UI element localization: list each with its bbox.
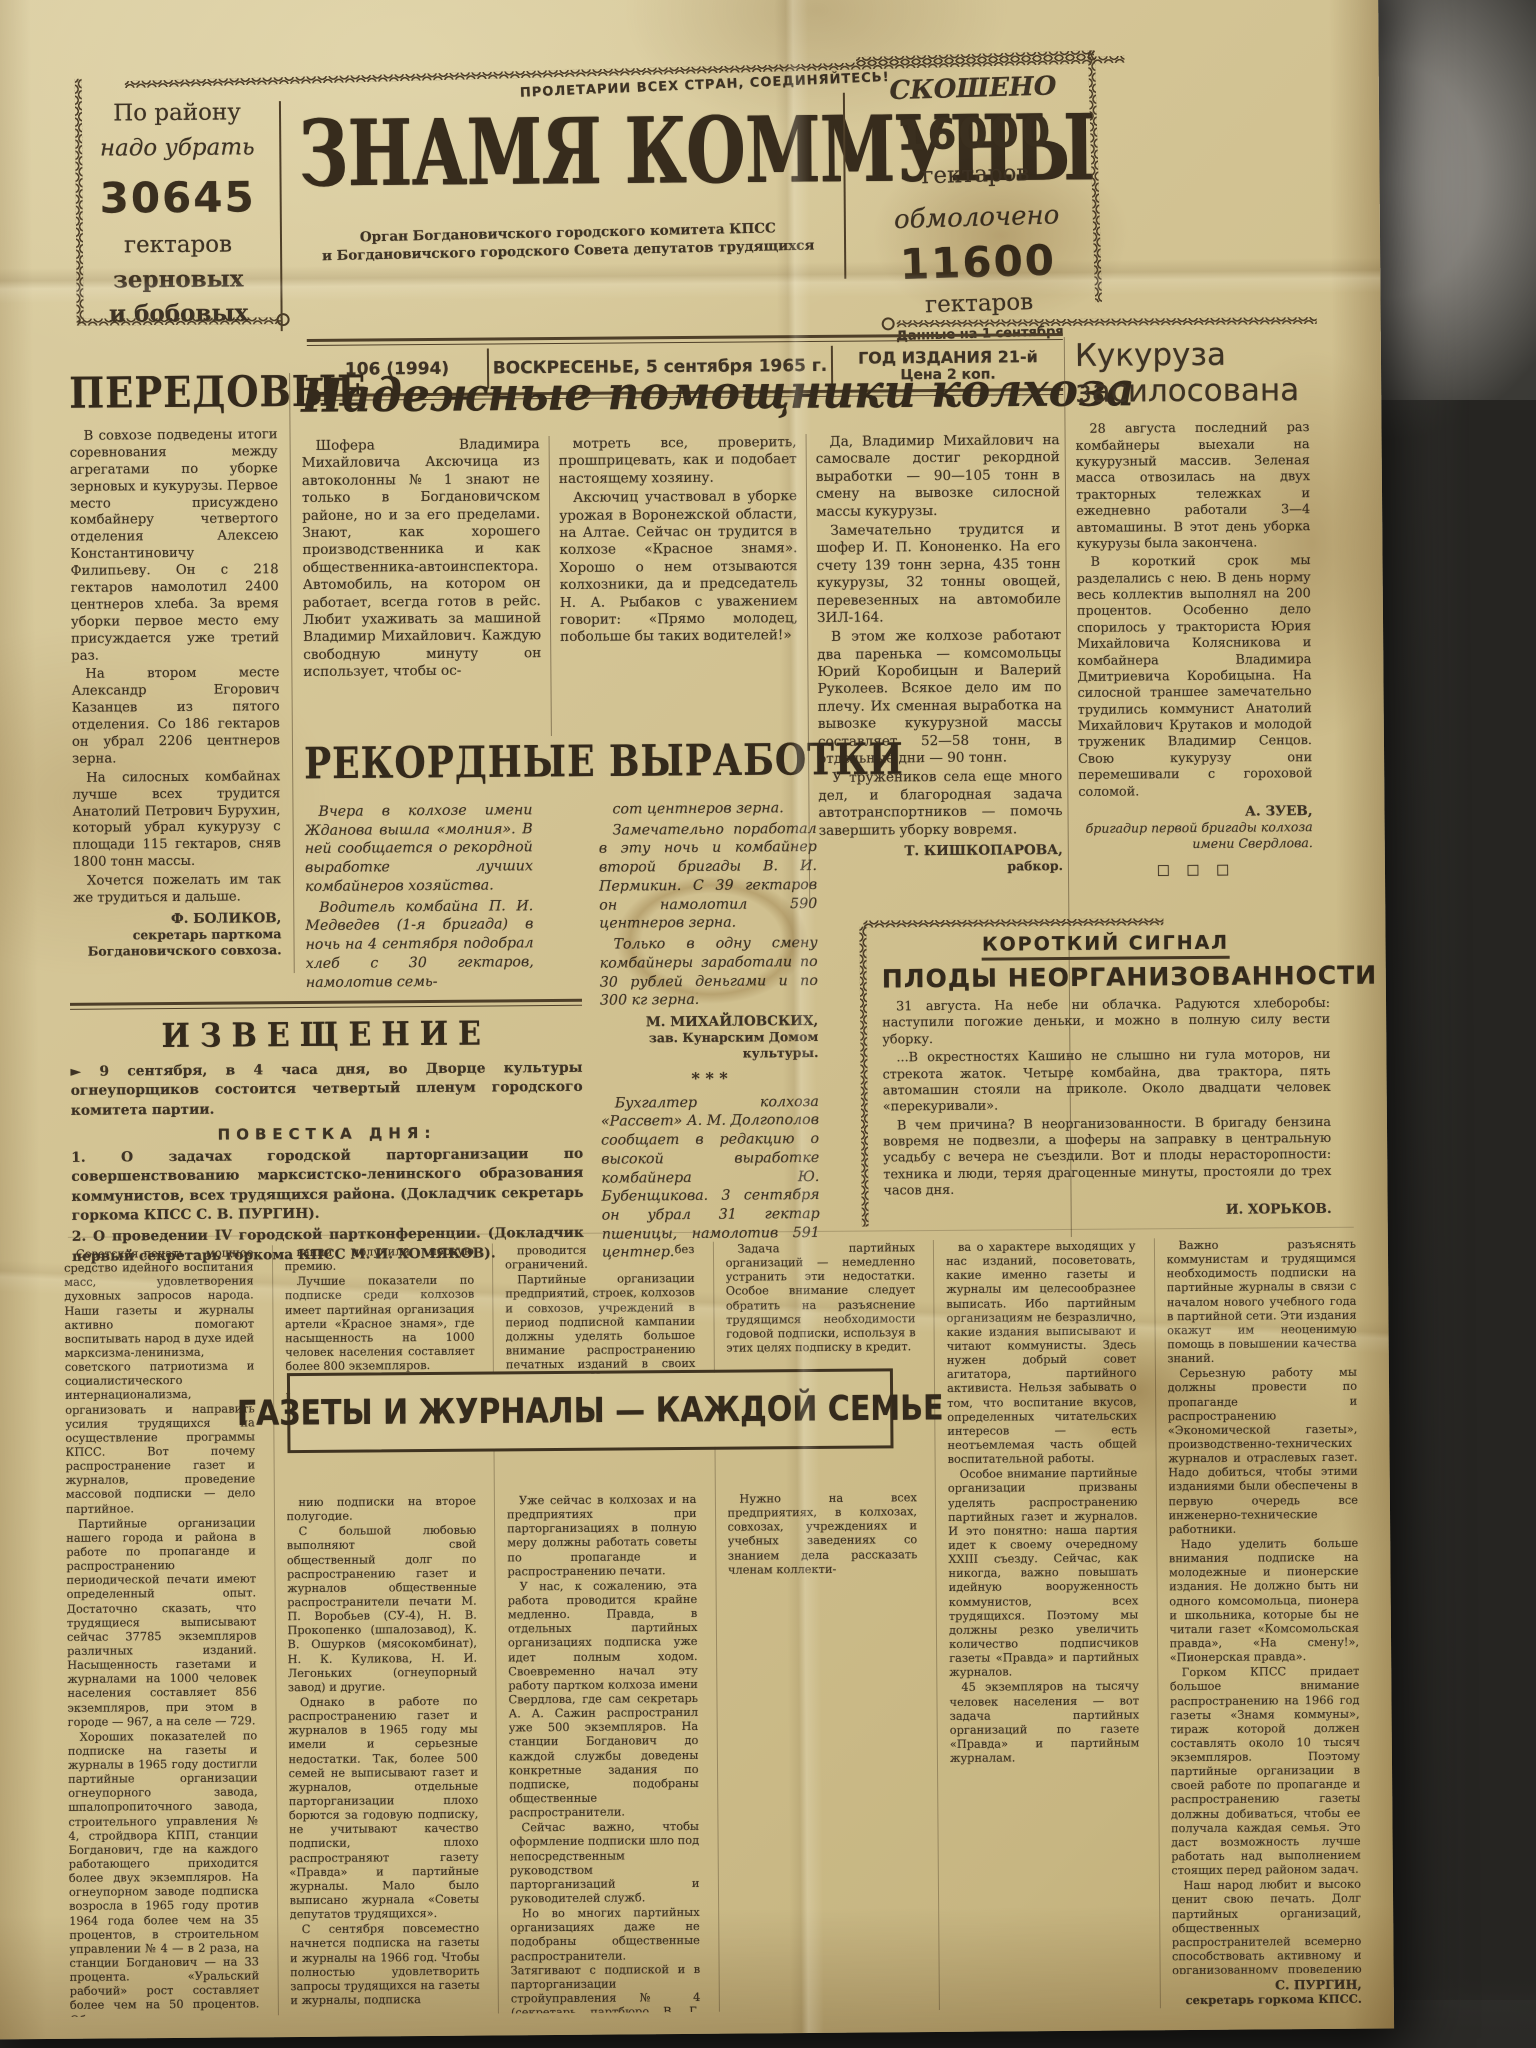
left-box-line2: надо убрать (85, 130, 269, 166)
kukuruza-title-line1: Кукуруза (1075, 337, 1309, 374)
izveshchenie-title: ИЗВЕЩЕНИЕ (70, 1014, 582, 1057)
pomoshchniki-col3: Да, Владимир Михайлович на самосвале дос… (816, 432, 1064, 904)
editorial-banner: ГАЗЕТЫ И ЖУРНАЛЫ — КАЖДОЙ СЕМЬЕ (237, 1388, 944, 1434)
paragraph: У нас, к сожалению, эта работа проводитс… (508, 1578, 699, 1820)
editorial-col6: Важно разъяснять коммунистам и трудящимс… (1153, 1237, 1362, 2009)
paragraph: мотреть все, проверить, прошприцевать, к… (559, 434, 797, 488)
editorial-signature-role: секретарь горкома КПСС. (1172, 1992, 1362, 2008)
left-box-line4: зерновых (86, 262, 270, 298)
editorial-banner-box: ГАЗЕТЫ И ЖУРНАЛЫ — КАЖДОЙ СЕМЬЕ (287, 1368, 894, 1453)
paragraph: сот центнеров зерна. (598, 799, 816, 819)
paragraph: ...В окрестностях Кашино не слышно ни гу… (882, 1047, 1331, 1116)
paragraph: Нужно на всех предприятиях, в колхозах, … (727, 1490, 917, 1576)
paragraph: Лучшие показатели по подписке среди колх… (285, 1273, 475, 1373)
paragraph: Да, Владимир Михайлович на самосвале дос… (816, 432, 1061, 521)
editorial-signature: С. ПУРГИН, (1172, 1976, 1362, 1993)
article-kukuruza: Кукуруза засилосована 28 августа последн… (1075, 337, 1313, 879)
pomoshchniki-signature-role: рабкор. (819, 858, 1063, 876)
paragraph: Советская печать — мощное средство идейн… (64, 1245, 256, 1515)
wavy-rule-dot (882, 317, 895, 330)
article-peredovye: ПЕРЕДОВЫЕ В совхозе подведены итоги соре… (69, 369, 282, 960)
wavy-border-top (856, 50, 1094, 64)
paragraph: 31 августа. На небе ни облачка. Радуются… (882, 996, 1330, 1049)
paragraph: Хочется пожелать им так же трудиться и д… (73, 872, 281, 907)
newspaper-page: ПРОЛЕТАРИИ ВСЕХ СТРАН, СОЕДИНЯЙТЕСЬ! По … (0, 0, 1394, 2039)
wavy-border-top (863, 918, 1163, 927)
editorial-col3: проводится без ограничений. Партийные ор… (492, 1242, 701, 2014)
rekordnye-signature: М. МИХАЙЛОВСКИХ, (600, 1013, 818, 1031)
paragraph: ва о характере выходящих у нас изданий, … (946, 1238, 1137, 1466)
paragraph: Особое внимание партийные организации пр… (948, 1466, 1139, 1680)
pomoshchniki-signature: Т. КИШКОПАРОВА, (819, 842, 1063, 860)
paragraph: Хороших показателей по подписке на газет… (68, 1728, 260, 2017)
peredovye-title: ПЕРЕДОВЫЕ (69, 366, 277, 418)
editorial-col5: ва о характере выходящих у нас изданий, … (933, 1238, 1142, 2010)
paragraph: 28 августа последний раз комбайнеры выех… (1075, 420, 1310, 553)
right-stats-box: СКОШЕНО 16000 гектаров обмолочено 11600 … (856, 50, 1101, 309)
article-korotkiy-signal: КОРОТКИЙ СИГНАЛ ПЛОДЫ НЕОРГАНИЗОВАННОСТИ… (859, 917, 1331, 1220)
left-stats-box: По району надо убрать 30645 гектаров зер… (75, 77, 277, 323)
rekordnye-title: РЕКОРДНЫЕ ВЫРАБОТКИ (304, 735, 816, 789)
article-izveshchenie: ИЗВЕЩЕНИЕ ► 9 сентября, в 4 часа дня, во… (70, 999, 584, 1267)
paragraph: нию подписки на второе полугодие. (286, 1494, 476, 1524)
paragraph: Водитель комбайна П. И. Медведев (1-я бр… (305, 897, 534, 992)
wavy-border-left (859, 927, 868, 1227)
left-box-number: 30645 (85, 172, 269, 222)
izveshchenie-intro: ► 9 сентября, в 4 часа дня, во Дворце ку… (70, 1059, 582, 1121)
right-box-value2: 11600 (867, 234, 1088, 289)
paragraph: Вчера в колхозе имени Жданова вышла «мол… (304, 801, 533, 896)
pomoshchniki-col1: Шофера Владимира Михайловича Аксючица из… (302, 436, 542, 740)
pomoshchniki-col2: мотреть все, проверить, прошприцевать, к… (559, 434, 799, 738)
izveshchenie-rule (70, 999, 582, 1010)
left-box-line1: По району (85, 95, 269, 131)
paragraph: На втором месте Александр Егорович Казан… (71, 666, 280, 769)
newspaper-title: ЗНАМЯ КОММУНЫ (298, 97, 836, 208)
paragraph: С сентября повсеместно начнется подписка… (290, 1921, 480, 2007)
rekordnye-signature-role: зав. Кунарским Домом культуры. (600, 1029, 818, 1063)
editorial-col2: вании получили первую премию. Лучшие пок… (271, 1244, 480, 2016)
paragraph: Важно разъяснять коммунистам и трудящимс… (1166, 1237, 1356, 1366)
paragraph: С большой любовью выполняют свой обществ… (287, 1523, 478, 1694)
paragraph: Партийные организации нашего города и ра… (66, 1515, 257, 1729)
paragraph: Наш народ любит и высоко ценит свою печа… (1171, 1877, 1361, 1974)
peredovye-signature-role: секретарь парткома Богдановичского совхо… (73, 926, 281, 960)
paragraph: Сейчас важно, чтобы оформление подписки … (509, 1819, 699, 1905)
kukuruza-signature: А. ЗУЕВ, (1078, 803, 1312, 821)
paragraph: Однако в работе по распространению газет… (288, 1694, 479, 1922)
rekordnye-col1: Вчера в колхозе имени Жданова вышла «мол… (304, 801, 534, 1015)
masthead-title-block: ЗНАМЯ КОММУНЫ Орган Богдановичского горо… (293, 97, 842, 263)
paragraph: проводится без ограничений. (505, 1242, 695, 1272)
paragraph: Горком КПСС придает большое внимание рас… (1170, 1664, 1361, 1878)
paragraph: Аксючиц участвовал в уборке урожая в Вор… (559, 488, 798, 646)
wavy-border-left (75, 79, 84, 323)
editorial-col4: Задача партийных организаций — немедленн… (712, 1240, 921, 2012)
paragraph: Шофера Владимира Михайловича Аксючица из… (302, 436, 542, 681)
wavy-rule-dot (277, 313, 290, 326)
right-box-label1: СКОШЕНО (862, 67, 1083, 112)
peredovye-signature: Ф. БОЛИКОВ, (73, 910, 281, 928)
right-box-unit2: гектаров (869, 283, 1090, 324)
paragraph: Серьезную работу мы должны провести по п… (1167, 1365, 1358, 1536)
section-separator: * * * (601, 1068, 819, 1089)
paragraph: На силосных комбайнах лучше всех трудитс… (72, 769, 281, 872)
paragraph: Задача партийных организаций — немедленн… (725, 1240, 915, 1355)
paragraph: Но во многих партийных организациях даже… (510, 1905, 700, 2013)
masthead-divider-left (279, 101, 283, 331)
editorial-section: Советская печать — мощное средство идейн… (64, 1237, 1362, 2017)
wavy-border-right (1088, 50, 1102, 302)
right-box-label2: обмолочено (866, 195, 1087, 240)
korotkiy-rubric: КОРОТКИЙ СИГНАЛ (982, 932, 1229, 961)
right-box-unit1: гектаров (865, 155, 1086, 196)
column-rule (549, 436, 552, 736)
rekordnye-addendum: Бухгалтер колхоза «Рассвет» А. М. Долгоп… (601, 1093, 820, 1263)
left-box-line3: гектаров (86, 227, 270, 263)
paragraph: 45 экземпляров на тысячу человек населен… (949, 1679, 1139, 1765)
kukuruza-signature-role: бригадир первой бригады колхоза имени Св… (1079, 819, 1313, 853)
footer-marks: □ □ □ (1079, 861, 1313, 879)
paragraph: Надо уделить больше внимания подписке на… (1169, 1536, 1359, 1665)
paragraph: вании получили первую премию. (284, 1244, 474, 1274)
pomoshchniki-title: Надежные помощники колхоза (301, 364, 1059, 424)
paragraph: В совхозе подведены итоги соревнования м… (69, 427, 279, 665)
izveshchenie-agenda-title: ПОВЕСТКА ДНЯ: (71, 1123, 583, 1145)
paragraph: Замечательно трудится и шофер И. П. Коно… (816, 521, 1061, 627)
izveshchenie-item1: 1. О задачах городской парторганизации п… (71, 1145, 584, 1226)
paragraph: Уже сейчас в колхозах и на предприятиях … (507, 1492, 697, 1578)
kukuruza-title-line2: засилосована (1075, 373, 1309, 410)
right-box-value1: 16000 (864, 106, 1085, 161)
korotkiy-signature: И. ХОРЬКОВ. (884, 1200, 1332, 1220)
rekordnye-col2: сот центнеров зерна. Замечательно порабо… (598, 799, 820, 1265)
paragraph: В чем причина? В неорганизованности. В б… (883, 1115, 1332, 1200)
left-box-line5: и бобовых (86, 296, 270, 332)
paragraph: Только в одну смену комбайнеры заработал… (599, 934, 818, 1011)
korotkiy-title: ПЛОДЫ НЕОРГАНИЗОВАННОСТИ (882, 961, 1330, 994)
paragraph: В короткий срок мы разделались с нею. В … (1077, 553, 1313, 800)
paragraph: Замечательно поработал в эту ночь и комб… (599, 820, 818, 934)
column-rule (289, 373, 295, 973)
editorial-col1: Советская печать — мощное средство идейн… (64, 1245, 260, 2016)
